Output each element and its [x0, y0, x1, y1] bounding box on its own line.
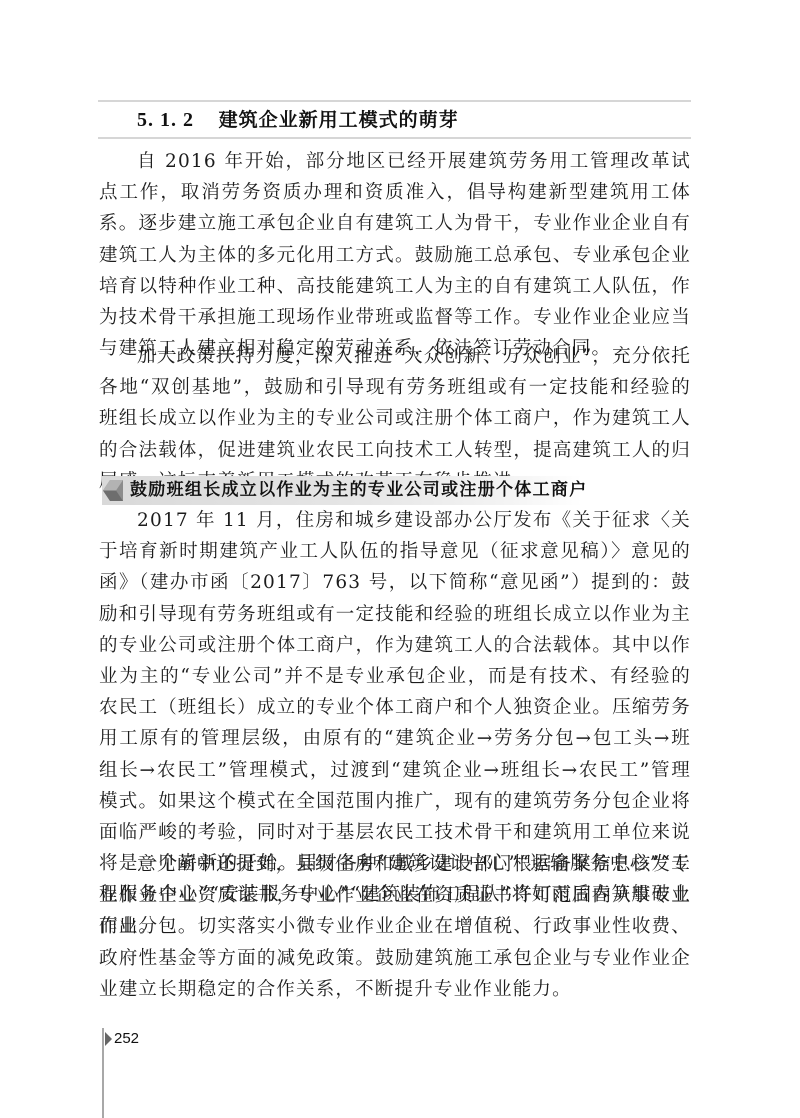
section-title: 建筑企业新用工模式的萌芽: [219, 109, 459, 131]
cube-tab-icon: [102, 479, 124, 502]
heading-top-rule: [98, 100, 691, 102]
section-heading: 5. 1. 2 建筑企业新用工模式的萌芽: [137, 104, 459, 136]
body-paragraph-2: 加大政策扶持力度，深入推进“大众创新、万众创业”，充分依托各地“双创基地”，鼓励…: [99, 341, 691, 497]
body-paragraph-1: 自 2016 年开始，部分地区已经开展建筑劳务用工管理改革试点工作，取消劳务资质…: [99, 146, 691, 364]
page-margin-line: [102, 1028, 104, 1118]
heading-bottom-rule: [98, 137, 691, 139]
subheading-bar: 鼓励班组长成立以作业为主的专业公司或注册个体工商户: [102, 476, 582, 505]
subheading-text: 鼓励班组长成立以作业为主的专业公司或注册个体工商户: [130, 476, 588, 505]
page-number: 252: [114, 1029, 139, 1049]
section-number: 5. 1. 2: [137, 109, 194, 131]
triangle-right-icon: [105, 1032, 112, 1046]
body-paragraph-4: 意见函中还提到，县级住房和城乡建设部门根据备案信息核发专业作业企业资质证书，专业…: [99, 849, 691, 1005]
